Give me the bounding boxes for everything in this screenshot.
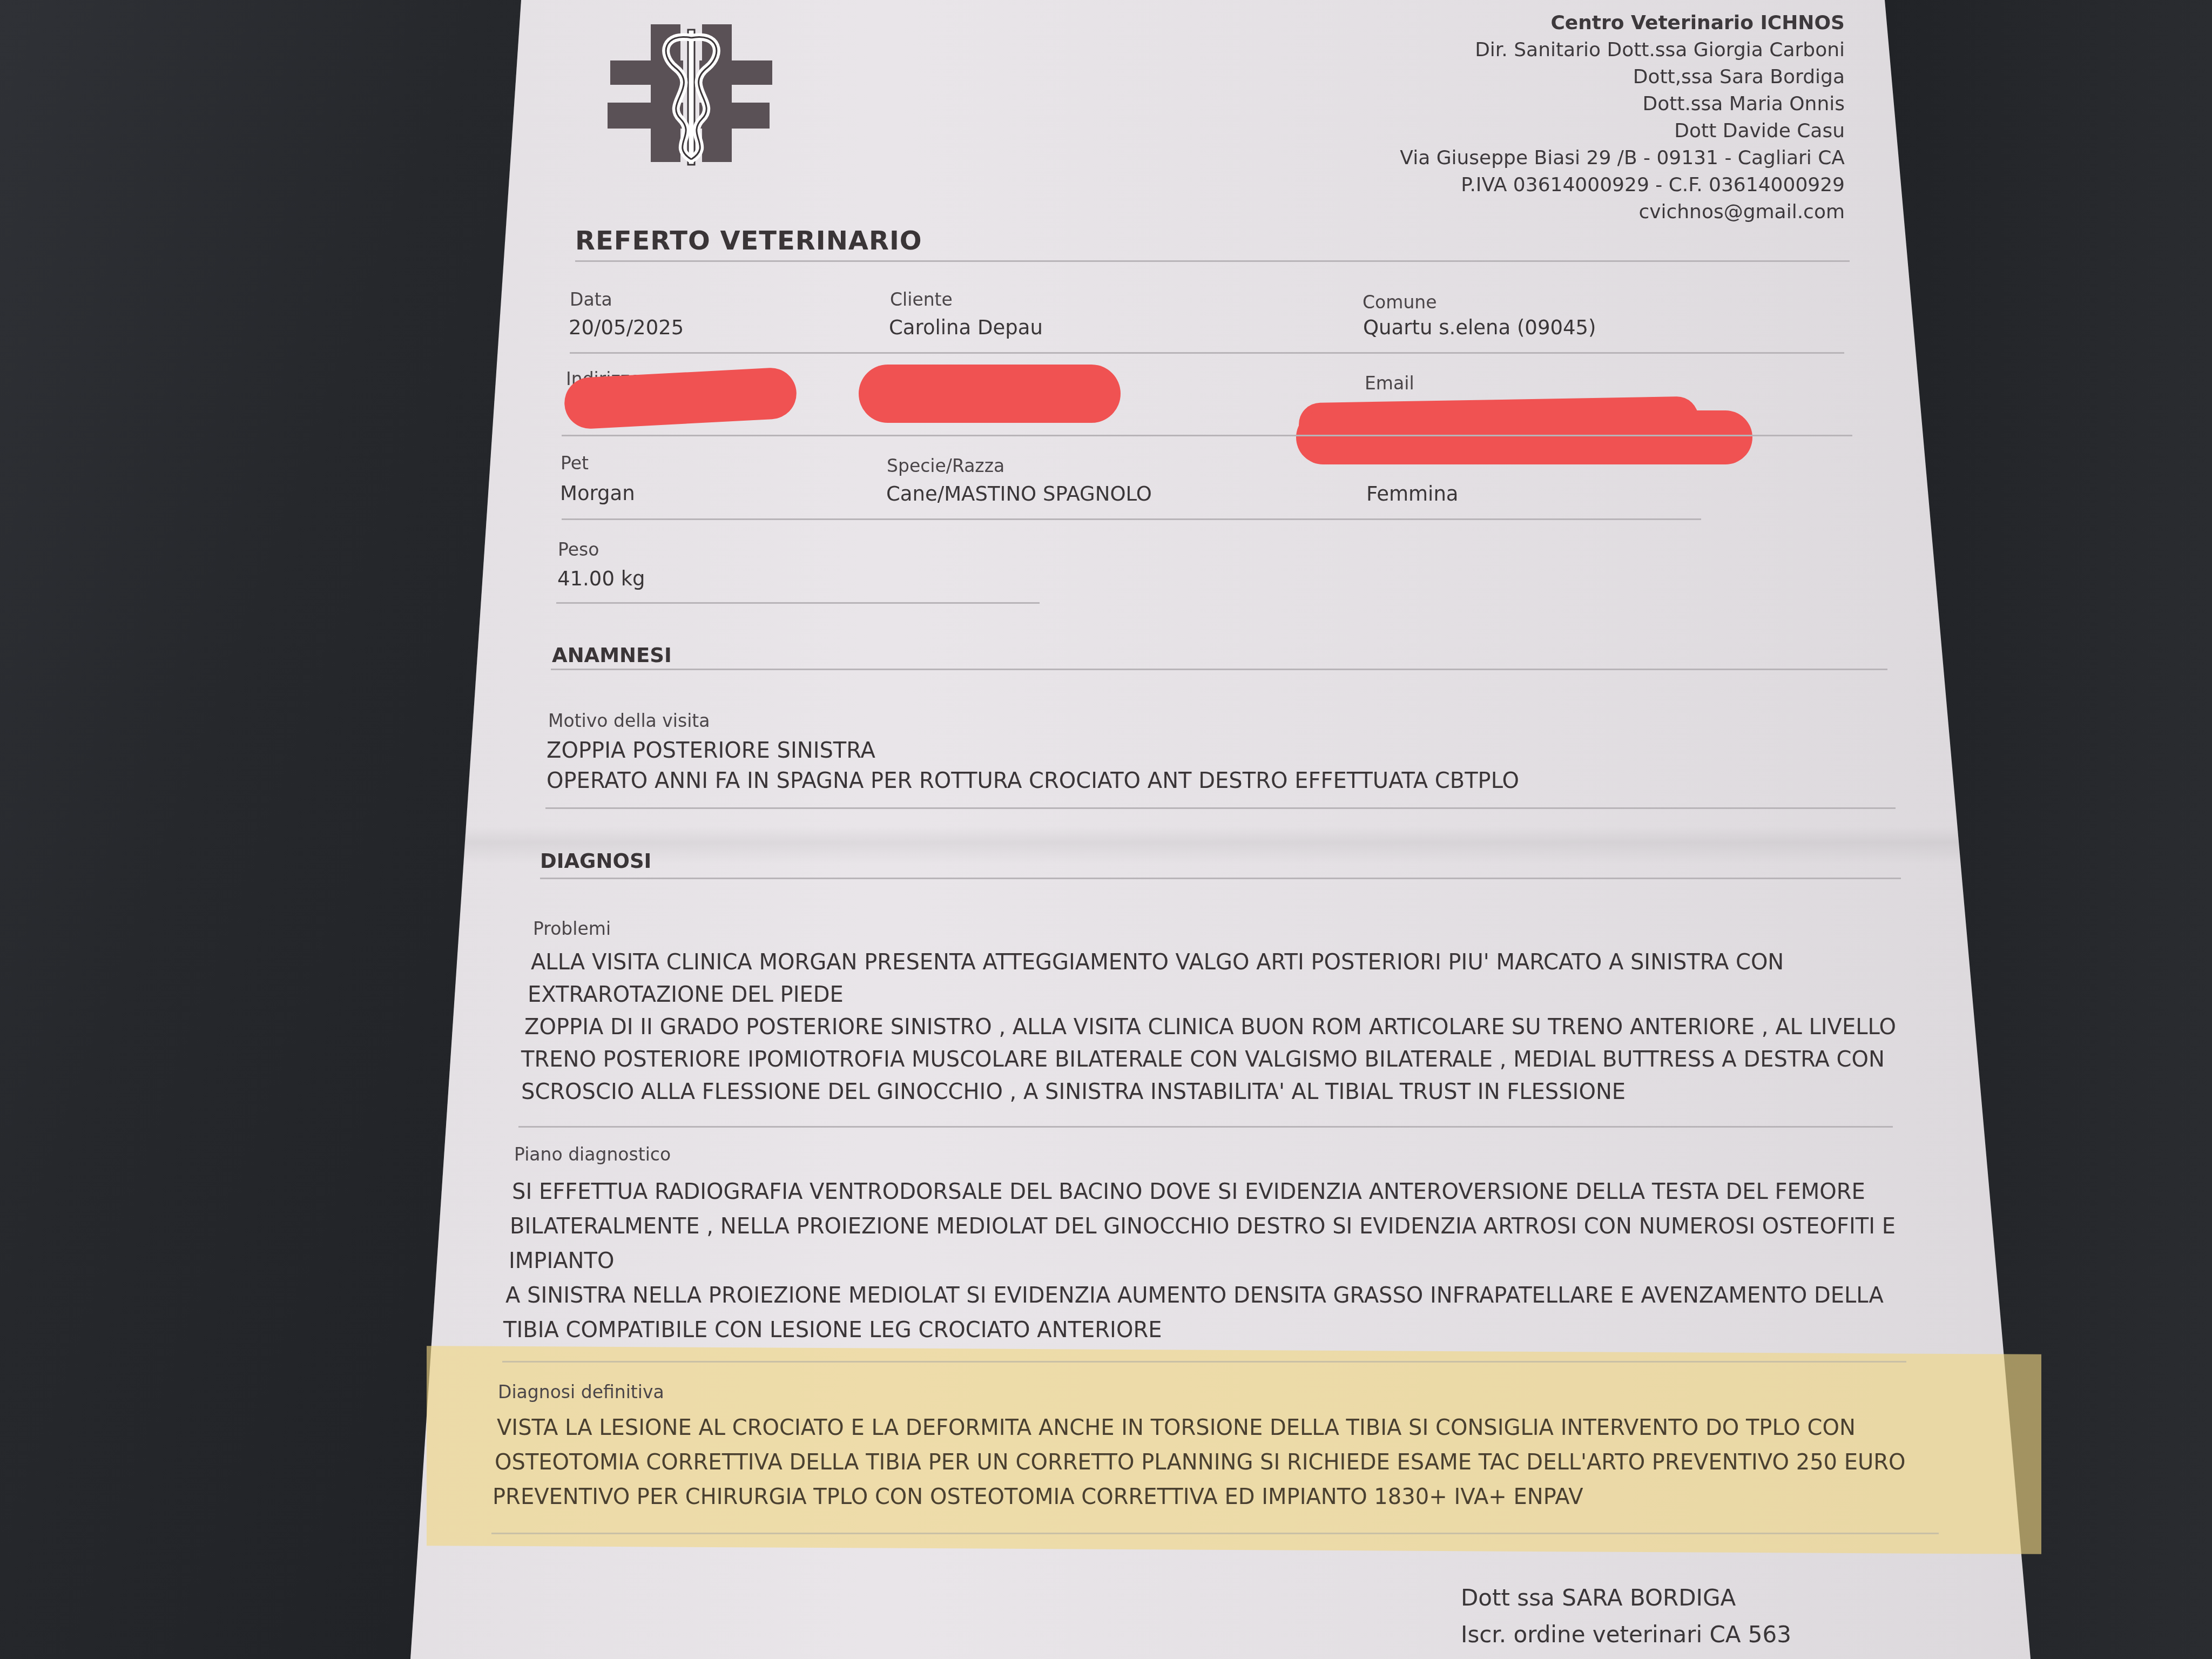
field-value-specie: Cane/MASTINO SPAGNOLO <box>886 482 1152 505</box>
problemi-text: ALLA VISITA CLINICA MORGAN PRESENTA ATTE… <box>521 946 1896 1108</box>
field-value-pet: Morgan <box>560 482 635 505</box>
field-value-comune: Quartu s.elena (09045) <box>1363 316 1596 339</box>
field-label-email: Email <box>1365 373 1414 394</box>
field-value-peso: 41.00 kg <box>557 567 645 590</box>
diagnosi-definitiva-label: Diagnosi definitiva <box>498 1381 664 1402</box>
divider <box>562 435 1852 436</box>
divider <box>518 1126 1893 1128</box>
divider <box>491 1533 1939 1534</box>
divider <box>551 669 1887 670</box>
clinic-doctor: Dott Davide Casu <box>1400 118 1845 145</box>
divider <box>562 518 1701 520</box>
field-label-cliente: Cliente <box>890 289 953 310</box>
field-label-specie: Specie/Razza <box>887 455 1004 476</box>
divider <box>502 1361 1906 1363</box>
redaction-phone <box>859 365 1121 423</box>
motivo-label: Motivo della visita <box>548 710 710 731</box>
diagnosi-definitiva-text: VISTA LA LESIONE AL CROCIATO E LA DEFORM… <box>491 1411 1906 1514</box>
redaction-email <box>1296 410 1752 464</box>
clinic-address: Via Giuseppe Biasi 29 /B - 09131 - Cagli… <box>1400 145 1845 172</box>
section-heading-diagnosi: DIAGNOSI <box>540 849 651 873</box>
field-label-pet: Pet <box>561 453 589 474</box>
field-label-comune: Comune <box>1363 292 1437 313</box>
divider <box>556 602 1040 604</box>
field-value-cliente: Carolina Depau <box>889 316 1043 339</box>
clinic-doctor: Dott.ssa Maria Onnis <box>1400 91 1845 118</box>
field-value-data: 20/05/2025 <box>569 316 684 339</box>
divider <box>545 807 1896 809</box>
divider <box>540 878 1901 879</box>
divider <box>570 352 1844 354</box>
clinic-header: Centro Veterinario ICHNOS Dir. Sanitario… <box>1400 10 1845 226</box>
signature-block: Dott ssa SARA BORDIGA Iscr. ordine veter… <box>1461 1580 1791 1653</box>
field-label-data: Data <box>570 289 612 310</box>
clinic-vat: P.IVA 03614000929 - C.F. 03614000929 <box>1400 172 1845 199</box>
clinic-doctor: Dott,ssa Sara Bordiga <box>1400 64 1845 91</box>
section-heading-anamnesi: ANAMNESI <box>552 644 672 667</box>
field-value-sesso: Femmina <box>1366 482 1459 505</box>
document-title: REFERTO VETERINARIO <box>575 226 922 256</box>
clinic-name: Centro Veterinario ICHNOS <box>1400 10 1845 37</box>
signature-registration: Iscr. ordine veterinari CA 563 <box>1461 1616 1791 1653</box>
clinic-director: Dir. Sanitario Dott.ssa Giorgia Carboni <box>1400 37 1845 64</box>
problemi-label: Problemi <box>533 918 611 939</box>
signature-name: Dott ssa SARA BORDIGA <box>1461 1580 1791 1616</box>
divider <box>575 260 1850 262</box>
field-label-peso: Peso <box>558 539 599 560</box>
clinic-email: cvichnos@gmail.com <box>1400 199 1845 226</box>
piano-text: SI EFFETTUA RADIOGRAFIA VENTRODORSALE DE… <box>502 1175 1896 1347</box>
motivo-text: ZOPPIA POSTERIORE SINISTRA OPERATO ANNI … <box>547 734 1519 798</box>
caduceus-cross-logo-icon <box>605 16 778 167</box>
piano-label: Piano diagnostico <box>514 1144 671 1165</box>
